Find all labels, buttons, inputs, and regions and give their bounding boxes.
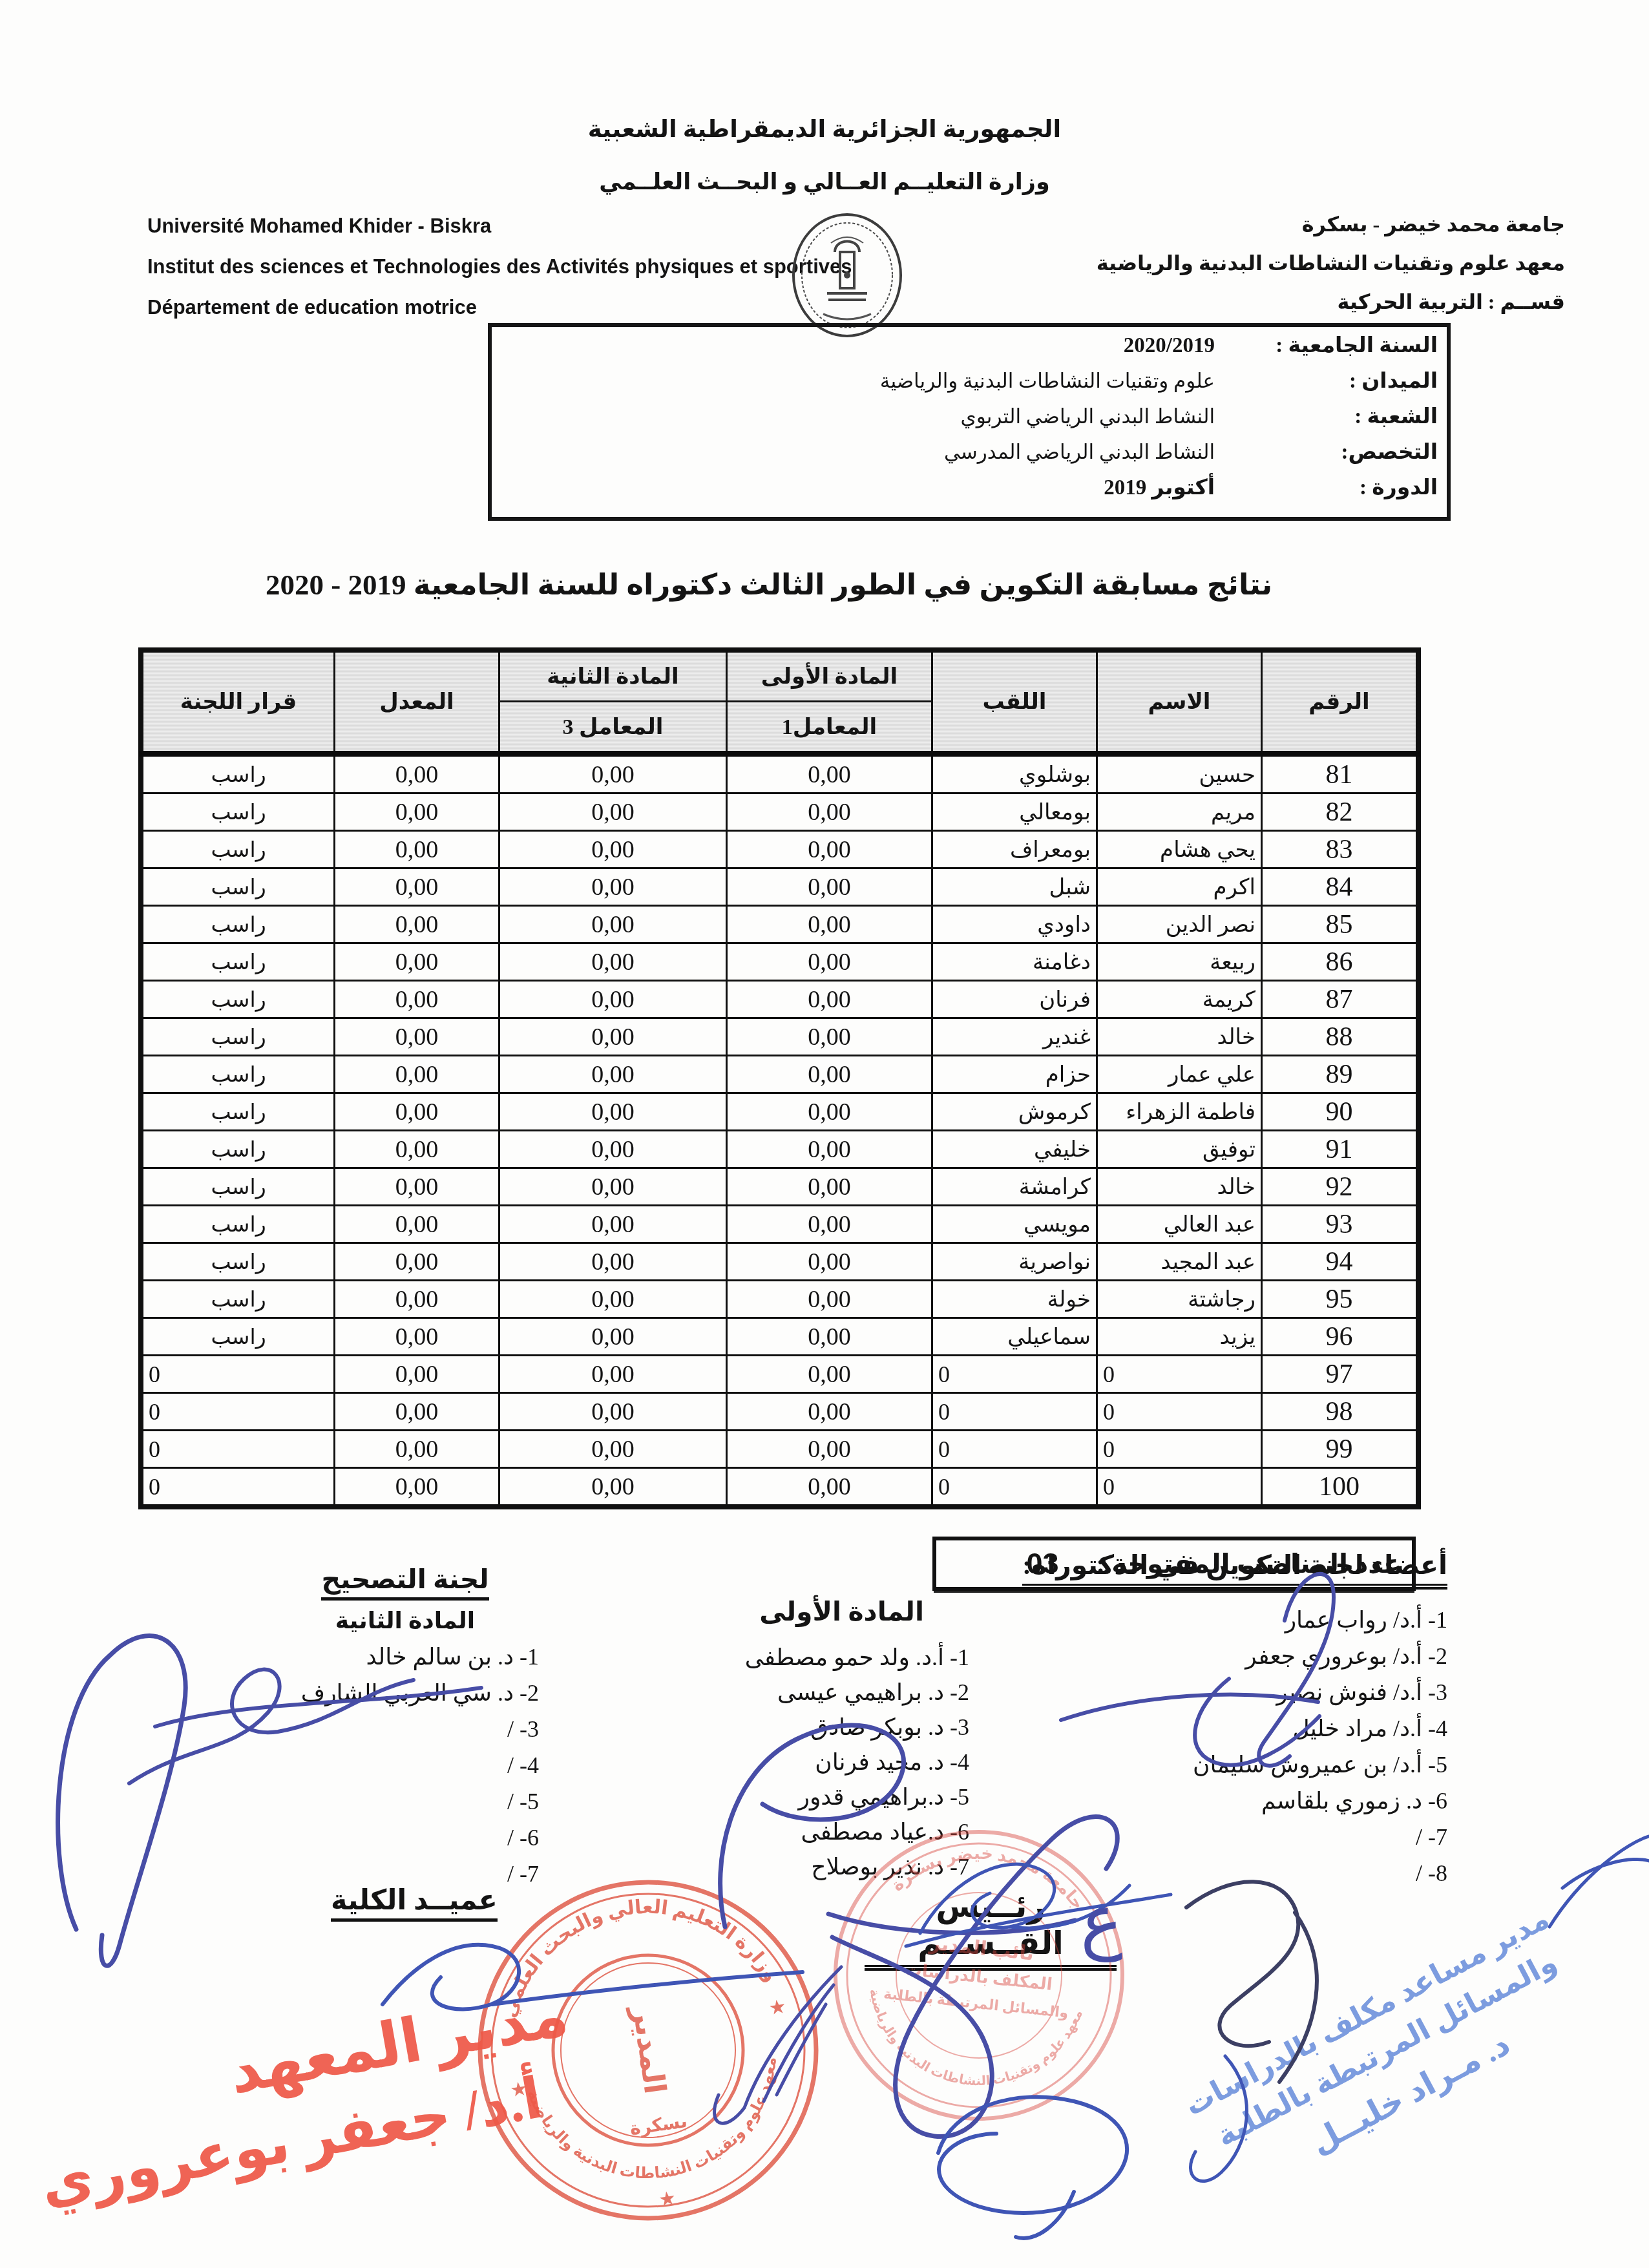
cell-last-name: خولة [932,1281,1097,1318]
cell-average: 0,00 [335,1431,499,1468]
cell-subject2-mark: 0,00 [499,1431,727,1468]
cell-number: 93 [1262,1206,1418,1243]
info-row-year: السنة الجامعية : 2020/2019 [498,332,1438,358]
cell-average: 0,00 [335,1281,499,1318]
cell-decision: 0 [142,1431,335,1468]
cell-subject1-mark: 0,00 [727,1056,932,1093]
cell-decision: راسب [142,1281,335,1318]
table-row: 96 يزيد سماعيلي 0,00 0,00 0,00 راسب [142,1318,1418,1356]
table-row: 82 مريم بومعالي 0,00 0,00 0,00 راسب [142,793,1418,831]
stamp-director-center: المدير [625,2003,671,2096]
cell-subject1-mark: 0,00 [727,1131,932,1168]
table-row: 93 عبد العالي مويسي 0,00 0,00 0,00 راسب [142,1206,1418,1243]
cell-last-name: غندير [932,1018,1097,1056]
cell-last-name: خليفي [932,1131,1097,1168]
cell-last-name: 0 [932,1431,1097,1468]
col-header-coef1: المعامل1 [727,702,932,754]
committee-member: 7- / [1021,1823,1447,1860]
cell-number: 96 [1262,1318,1418,1356]
cell-subject2-mark: 0,00 [499,831,727,868]
cell-subject2-mark: 0,00 [499,1018,727,1056]
table-row: 83 يحي هشام بومعراف 0,00 0,00 0,00 راسب [142,831,1418,868]
document-page: الجمهورية الجزائرية الديمقراطية الشعبية … [0,0,1649,2268]
cell-subject2-mark: 0,00 [499,1168,727,1206]
cell-last-name: بومعالي [932,793,1097,831]
info-box: السنة الجامعية : 2020/2019 الميدان : علو… [488,323,1451,521]
cell-number: 82 [1262,793,1418,831]
cell-decision: راسب [142,1243,335,1281]
cell-number: 95 [1262,1281,1418,1318]
correction-committee-section: لجنة التصحيح المادة الثانية 1- د. بن سال… [271,1564,539,1896]
department-name-fr: Département de education motrice [147,296,845,319]
cell-first-name: عبد المجيد [1097,1243,1262,1281]
cell-number: 97 [1262,1356,1418,1393]
cell-average: 0,00 [335,831,499,868]
svg-text:معهد علوم وتقنيات النشاطات الب: معهد علوم وتقنيات النشاطات البدنية والري… [857,1986,1086,2099]
cell-number: 84 [1262,868,1418,906]
info-row-field: الميدان : علوم وتقنيات النشاطات البدنية … [498,368,1438,394]
cell-first-name: فاطمة الزهراء [1097,1093,1262,1131]
second-subject-subheading: المادة الثانية [271,1607,539,1634]
cell-first-name: اكرم [1097,868,1262,906]
info-row-specialty: التخصص: النشاط البدني الرياضي المدرسي [498,439,1438,465]
signature-correction-committee [58,1636,186,1966]
branch-value: النشاط البدني الرياضي التربوي [961,405,1215,428]
branch-label: الشعبة : [1215,403,1438,429]
cell-subject1-mark: 0,00 [727,754,932,793]
table-row: 81 حسين بوشلوي 0,00 0,00 0,00 راسب [142,754,1418,793]
cell-average: 0,00 [335,1018,499,1056]
cell-decision: 0 [142,1468,335,1507]
cell-first-name: 0 [1097,1393,1262,1431]
cell-last-name: داودي [932,906,1097,943]
cell-first-name: نصر الدين [1097,906,1262,943]
cell-decision: راسب [142,1318,335,1356]
cell-subject1-mark: 0,00 [727,1393,932,1431]
cell-average: 0,00 [335,1318,499,1356]
cell-subject1-mark: 0,00 [727,1243,932,1281]
university-name-fr: Université Mohamed Khider - Biskra [147,215,845,238]
deputy-stamp-institute-arc: معهد علوم وتقنيات النشاطات البدنية والري… [857,1986,1086,2099]
cell-subject1-mark: 0,00 [727,1356,932,1393]
cell-average: 0,00 [335,1131,499,1168]
cell-average: 0,00 [335,793,499,831]
cell-number: 90 [1262,1093,1418,1131]
cell-last-name: بوشلوي [932,754,1097,793]
field-value: علوم وتقنيات النشاطات البدنية والرياضية [880,370,1215,393]
cell-subject2-mark: 0,00 [499,793,727,831]
table-row: 88 خالد غندير 0,00 0,00 0,00 راسب [142,1018,1418,1056]
cell-last-name: 0 [932,1468,1097,1507]
cell-subject1-mark: 0,00 [727,1018,932,1056]
cell-last-name: بومعراف [932,831,1097,868]
signature-subject1-oval [938,2097,1127,2238]
cell-last-name: نواصرية [932,1243,1097,1281]
table-row: 94 عبد المجيد نواصرية 0,00 0,00 0,00 راس… [142,1243,1418,1281]
table-row: 91 توفيق خليفي 0,00 0,00 0,00 راسب [142,1131,1418,1168]
jury-member: 3- د. بوبكر صادق [675,1714,969,1748]
results-table-header: الرقم الاسم اللقب المادة الأولى المادة ا… [142,651,1418,754]
year-label: السنة الجامعية : [1215,332,1438,358]
cell-number: 98 [1262,1393,1418,1431]
cell-average: 0,00 [335,1056,499,1093]
republic-title: الجمهورية الجزائرية الديمقراطية الشعبية [372,115,1277,143]
cell-subject2-mark: 0,00 [499,1093,727,1131]
cell-subject2-mark: 0,00 [499,906,727,943]
cell-decision: راسب [142,1093,335,1131]
table-row: 85 نصر الدين داودي 0,00 0,00 0,00 راسب [142,906,1418,943]
col-header-first: الاسم [1097,651,1262,754]
table-row: 99 0 0 0,00 0,00 0,00 0 [142,1431,1418,1468]
cell-number: 92 [1262,1168,1418,1206]
col-header-num: الرقم [1262,651,1418,754]
cell-decision: راسب [142,906,335,943]
cell-first-name: 0 [1097,1356,1262,1393]
cell-average: 0,00 [335,906,499,943]
cell-first-name: عبد العالي [1097,1206,1262,1243]
stamp-institute-arc: معهد علوم وتقنيات النشاطات البدنية والري… [523,2054,794,2199]
table-row: 95 رجاشتة خولة 0,00 0,00 0,00 راسب [142,1281,1418,1318]
col-header-decision: قرار اللجنة [142,651,335,754]
cell-average: 0,00 [335,868,499,906]
doctoral-committee-section: أعضاء لجنة التكوين في الدكتوراه: 1- أ.د/… [1021,1549,1447,1896]
cell-first-name: 0 [1097,1468,1262,1507]
institution-block-arabic: جامعة محمد خيضر - بسكرة معهد علوم وتقنيا… [983,212,1565,328]
signature-subject1-feather [715,1967,841,2123]
committee-member: 4- أ.د/ مراد خليل [1021,1715,1447,1751]
cell-first-name: علي عمار [1097,1056,1262,1093]
cell-average: 0,00 [335,1393,499,1431]
cell-subject1-mark: 0,00 [727,831,932,868]
cell-subject2-mark: 0,00 [499,1243,727,1281]
cell-subject1-mark: 0,00 [727,1281,932,1318]
table-row: 84 اكرم شبل 0,00 0,00 0,00 راسب [142,868,1418,906]
cell-number: 88 [1262,1018,1418,1056]
cell-subject1-mark: 0,00 [727,1468,932,1507]
cell-subject1-mark: 0,00 [727,1206,932,1243]
cell-subject1-mark: 0,00 [727,1318,932,1356]
head-of-department-heading: رئــيس القــســم [865,1888,1117,1971]
stamp-city: بسكرة [629,2112,689,2139]
university-name-ar: جامعة محمد خيضر - بسكرة [983,212,1565,236]
cell-first-name: رجاشتة [1097,1281,1262,1318]
cell-subject1-mark: 0,00 [727,1168,932,1206]
jury-member: 5- د.براهيمي قدور [675,1783,969,1818]
svg-text:معهد علوم وتقنيات النشاطات الب: معهد علوم وتقنيات النشاطات البدنية والري… [523,2054,794,2199]
cell-decision: راسب [142,1131,335,1168]
cell-last-name: 0 [932,1356,1097,1393]
cell-decision: راسب [142,831,335,868]
cell-first-name: مريم [1097,793,1262,831]
cell-number: 91 [1262,1131,1418,1168]
cell-subject2-mark: 0,00 [499,868,727,906]
first-subject-heading: المادة الأولى [759,1596,924,1627]
corrector-member: 6- / [271,1824,539,1860]
correction-committee-heading: لجنة التصحيح [321,1564,488,1601]
cell-average: 0,00 [335,1243,499,1281]
corrector-member: 5- / [271,1788,539,1824]
col-header-coef2: المعامل 3 [499,702,727,754]
ministry-title: وزارة التعليــم العــالي و البحــث العلـ… [372,169,1277,195]
cell-decision: راسب [142,1056,335,1093]
cell-average: 0,00 [335,1206,499,1243]
session-value: أكتوبر 2019 [1104,474,1215,500]
table-row: 86 ربيعة دغامنة 0,00 0,00 0,00 راسب [142,943,1418,981]
committee-member: 5- أ.د/ بن عميروش سليمان [1021,1751,1447,1787]
field-label: الميدان : [1215,368,1438,394]
table-row: 100 0 0 0,00 0,00 0,00 0 [142,1468,1418,1507]
info-row-session: الدورة : أكتوبر 2019 [498,474,1438,500]
cell-number: 89 [1262,1056,1418,1093]
cell-decision: راسب [142,793,335,831]
cell-subject2-mark: 0,00 [499,1468,727,1507]
corrector-member: 2- د. سي العربي الشارف [271,1679,539,1716]
cell-average: 0,00 [335,1093,499,1131]
cell-subject1-mark: 0,00 [727,868,932,906]
table-row: 90 فاطمة الزهراء كرموش 0,00 0,00 0,00 را… [142,1093,1418,1131]
cell-first-name: خالد [1097,1168,1262,1206]
committee-member: 3- أ.د/ فنوش نصير [1021,1679,1447,1715]
committee-member: 2- أ.د/ بوعروري جعفر [1021,1643,1447,1679]
institute-name-ar: معهد علوم وتقنيات النشاطات البدنية والري… [983,251,1565,275]
col-header-avg: المعدل [335,651,499,754]
col-header-subject1: المادة الأولى [727,651,932,702]
table-row: 97 0 0 0,00 0,00 0,00 0 [142,1356,1418,1393]
cell-subject2-mark: 0,00 [499,754,727,793]
cell-decision: راسب [142,868,335,906]
cell-first-name: 0 [1097,1431,1262,1468]
blue-stamp-line2: والمسائل المرتبطة بالطلبة [1109,1889,1649,2211]
cell-number: 99 [1262,1431,1418,1468]
cell-subject2-mark: 0,00 [499,1131,727,1168]
committee-member: 1- أ.د/ رواب عمار [1021,1606,1447,1643]
jury-member: 1- أ.د. ولد حمو مصطفى [675,1644,969,1679]
corrector-member: 4- / [271,1752,539,1788]
cell-decision: راسب [142,754,335,793]
cell-number: 86 [1262,943,1418,981]
cell-average: 0,00 [335,1168,499,1206]
cell-last-name: كرامشة [932,1168,1097,1206]
specialty-value: النشاط البدني الرياضي المدرسي [944,441,1215,464]
cell-decision: 0 [142,1393,335,1431]
department-name-ar: قســم : التربية الحركية [983,289,1565,314]
cell-number: 100 [1262,1468,1418,1507]
cell-last-name: 0 [932,1393,1097,1431]
col-header-last: اللقب [932,651,1097,754]
cell-subject1-mark: 0,00 [727,793,932,831]
jury-member: 2- د. براهيمي عيسى [675,1679,969,1714]
correction-committee-list: 1- د. بن سالم خالد2- د. سي العربي الشارف… [271,1643,539,1896]
page-title: نتائج مسابقة التكوين في الطور الثالث دكت… [0,567,1538,602]
cell-decision: 0 [142,1356,335,1393]
deputy-blue-stamp: مدير مساعد مكلف بالدراسات والمسائل المرت… [1089,1851,1649,2252]
cell-first-name: خالد [1097,1018,1262,1056]
cell-subject1-mark: 0,00 [727,943,932,981]
cell-subject1-mark: 0,00 [727,981,932,1018]
cell-first-name: ربيعة [1097,943,1262,981]
cell-first-name: توفيق [1097,1131,1262,1168]
cell-subject2-mark: 0,00 [499,943,727,981]
cell-decision: راسب [142,1206,335,1243]
star-bottom-icon: ★ [657,2187,677,2210]
cell-average: 0,00 [335,943,499,981]
cell-first-name: يزيد [1097,1318,1262,1356]
results-table: الرقم الاسم اللقب المادة الأولى المادة ا… [139,648,1420,1509]
results-table-body: 81 حسين بوشلوي 0,00 0,00 0,00 راسب 82 مر… [142,754,1418,1507]
cell-first-name: كريمة [1097,981,1262,1018]
cell-decision: راسب [142,1168,335,1206]
specialty-label: التخصص: [1215,439,1438,465]
cell-last-name: كرموش [932,1093,1097,1131]
first-subject-jury-section: المادة الأولى 1- أ.د. ولد حمو مصطفى2- د.… [675,1596,969,1888]
table-row: 98 0 0 0,00 0,00 0,00 0 [142,1393,1418,1431]
cell-subject2-mark: 0,00 [499,1318,727,1356]
doctoral-committee-list: 1- أ.د/ رواب عمار2- أ.د/ بوعروري جعفر3- … [1021,1606,1447,1896]
first-subject-list: 1- أ.د. ولد حمو مصطفى2- د. براهيمي عيسى3… [675,1644,969,1888]
cell-average: 0,00 [335,1356,499,1393]
cell-number: 85 [1262,906,1418,943]
cell-first-name: حسين [1097,754,1262,793]
table-row: 89 علي عمار حزام 0,00 0,00 0,00 راسب [142,1056,1418,1093]
cell-subject1-mark: 0,00 [727,1431,932,1468]
cell-last-name: سماعيلي [932,1318,1097,1356]
cell-last-name: مويسي [932,1206,1097,1243]
cell-subject2-mark: 0,00 [499,1206,727,1243]
corrector-member: 3- / [271,1716,539,1752]
committee-member: 6- د. زموري بلقاسم [1021,1787,1447,1823]
doctoral-committee-heading: أعضاء لجنة التكوين في الدكتوراه: [1022,1549,1447,1590]
star-right-icon: ★ [768,1996,788,2019]
cell-subject1-mark: 0,00 [727,1093,932,1131]
cell-subject2-mark: 0,00 [499,1393,727,1431]
cell-average: 0,00 [335,981,499,1018]
cell-number: 94 [1262,1243,1418,1281]
cell-first-name: يحي هشام [1097,831,1262,868]
table-row: 87 كريمة فرنان 0,00 0,00 0,00 راسب [142,981,1418,1018]
cell-decision: راسب [142,943,335,981]
institution-block-french: Université Mohamed Khider - Biskra Insti… [147,215,845,337]
table-row: 92 خالد كرامشة 0,00 0,00 0,00 راسب [142,1168,1418,1206]
corrector-member: 1- د. بن سالم خالد [271,1643,539,1679]
cell-number: 83 [1262,831,1418,868]
info-row-branch: الشعبة : النشاط البدني الرياضي التربوي [498,403,1438,429]
cell-number: 87 [1262,981,1418,1018]
cell-subject2-mark: 0,00 [499,1056,727,1093]
cell-last-name: شبل [932,868,1097,906]
cell-last-name: فرنان [932,981,1097,1018]
cell-average: 0,00 [335,754,499,793]
cell-decision: راسب [142,1018,335,1056]
jury-member: 7- د. نذير بوصلاح [675,1853,969,1888]
cell-last-name: حزام [932,1056,1097,1093]
deputy-stamp-line3: والمسائل المرتبطة بالطلبة [883,1986,1069,2022]
cell-subject2-mark: 0,00 [499,1281,727,1318]
cell-subject1-mark: 0,00 [727,906,932,943]
cell-last-name: دغامنة [932,943,1097,981]
jury-member: 6- د.عياد مصطفى [675,1818,969,1853]
dean-heading: عميــد الكلية [320,1884,508,1916]
institute-name-fr: Institut des sciences et Technologies de… [147,255,845,278]
year-value: 2020/2019 [1124,334,1215,358]
cell-decision: راسب [142,981,335,1018]
cell-subject2-mark: 0,00 [499,1356,727,1393]
session-label: الدورة : [1215,474,1438,500]
cell-subject2-mark: 0,00 [499,981,727,1018]
jury-member: 4- د. مجيد فرنان [675,1748,969,1783]
cell-average: 0,00 [335,1468,499,1507]
col-header-subject2: المادة الثانية [499,651,727,702]
cell-number: 81 [1262,754,1418,793]
